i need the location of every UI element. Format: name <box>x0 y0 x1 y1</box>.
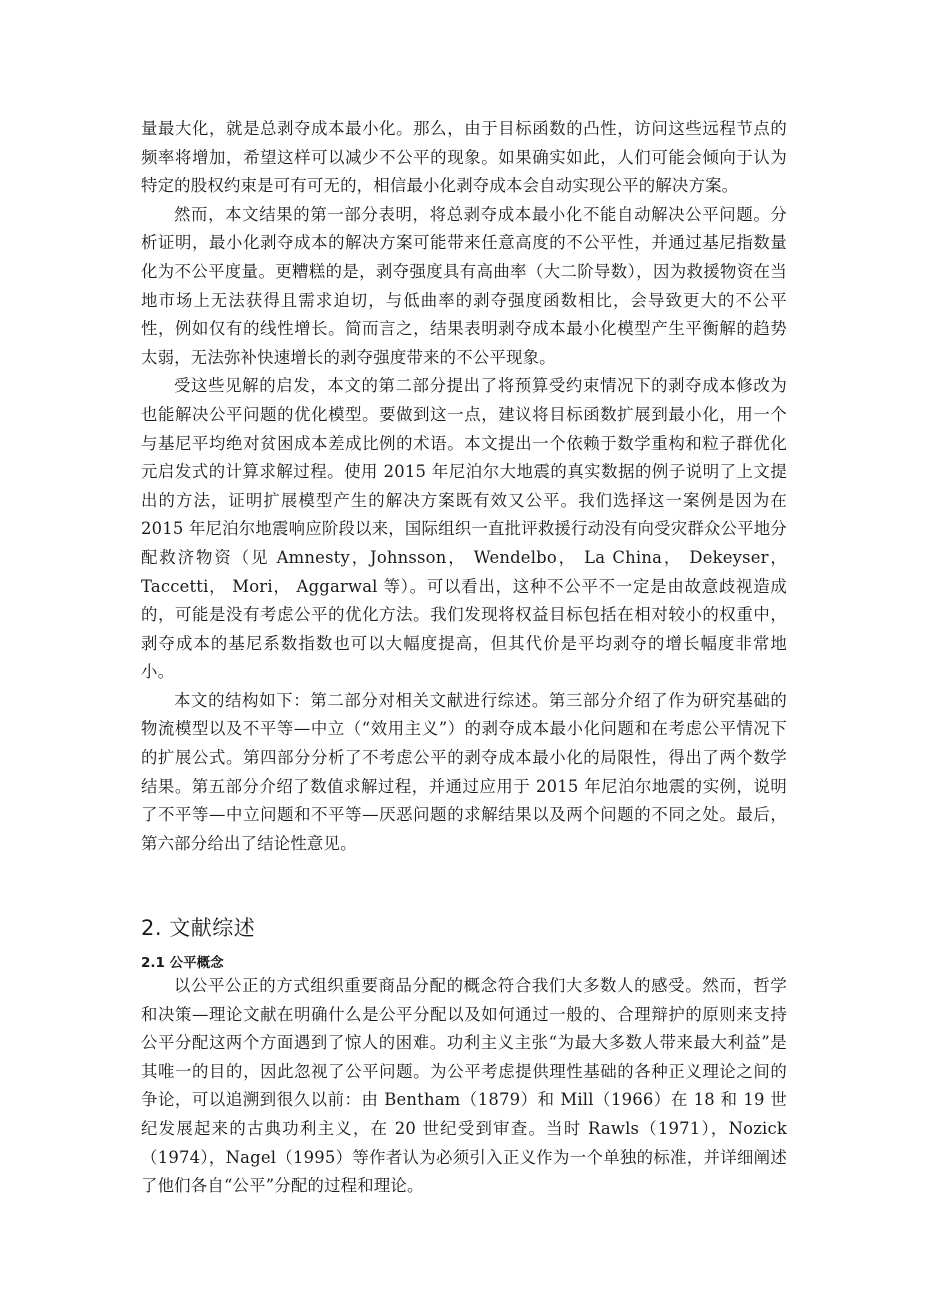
paragraph-results-part-one: 然而，本文结果的第一部分表明，将总剥夺成本最小化不能自动解决公平问题。分析证明，… <box>141 201 787 373</box>
subsection-heading: 2.1 公平概念 <box>141 951 224 971</box>
paragraph-structure: 本文的结构如下：第二部分对相关文献进行综述。第三部分介绍了作为研究基础的物流模型… <box>141 687 787 859</box>
section-heading: 2. 文献综述 <box>141 912 255 942</box>
paragraph-results-part-two: 受这些见解的启发，本文的第二部分提出了将预算受约束情况下的剥夺成本修改为也能解决… <box>141 372 787 687</box>
intro-section: 量最大化，就是总剥夺成本最小化。那么，由于目标函数的凸性，访问这些远程节点的频率… <box>141 115 787 858</box>
literature-review-section: 以公平公正的方式组织重要商品分配的概念符合我们大多数人的感受。然而，哲学和决策—… <box>141 972 787 1201</box>
paragraph-fairness-concept: 以公平公正的方式组织重要商品分配的概念符合我们大多数人的感受。然而，哲学和决策—… <box>141 972 787 1201</box>
paragraph-continuation: 量最大化，就是总剥夺成本最小化。那么，由于目标函数的凸性，访问这些远程节点的频率… <box>141 115 787 201</box>
